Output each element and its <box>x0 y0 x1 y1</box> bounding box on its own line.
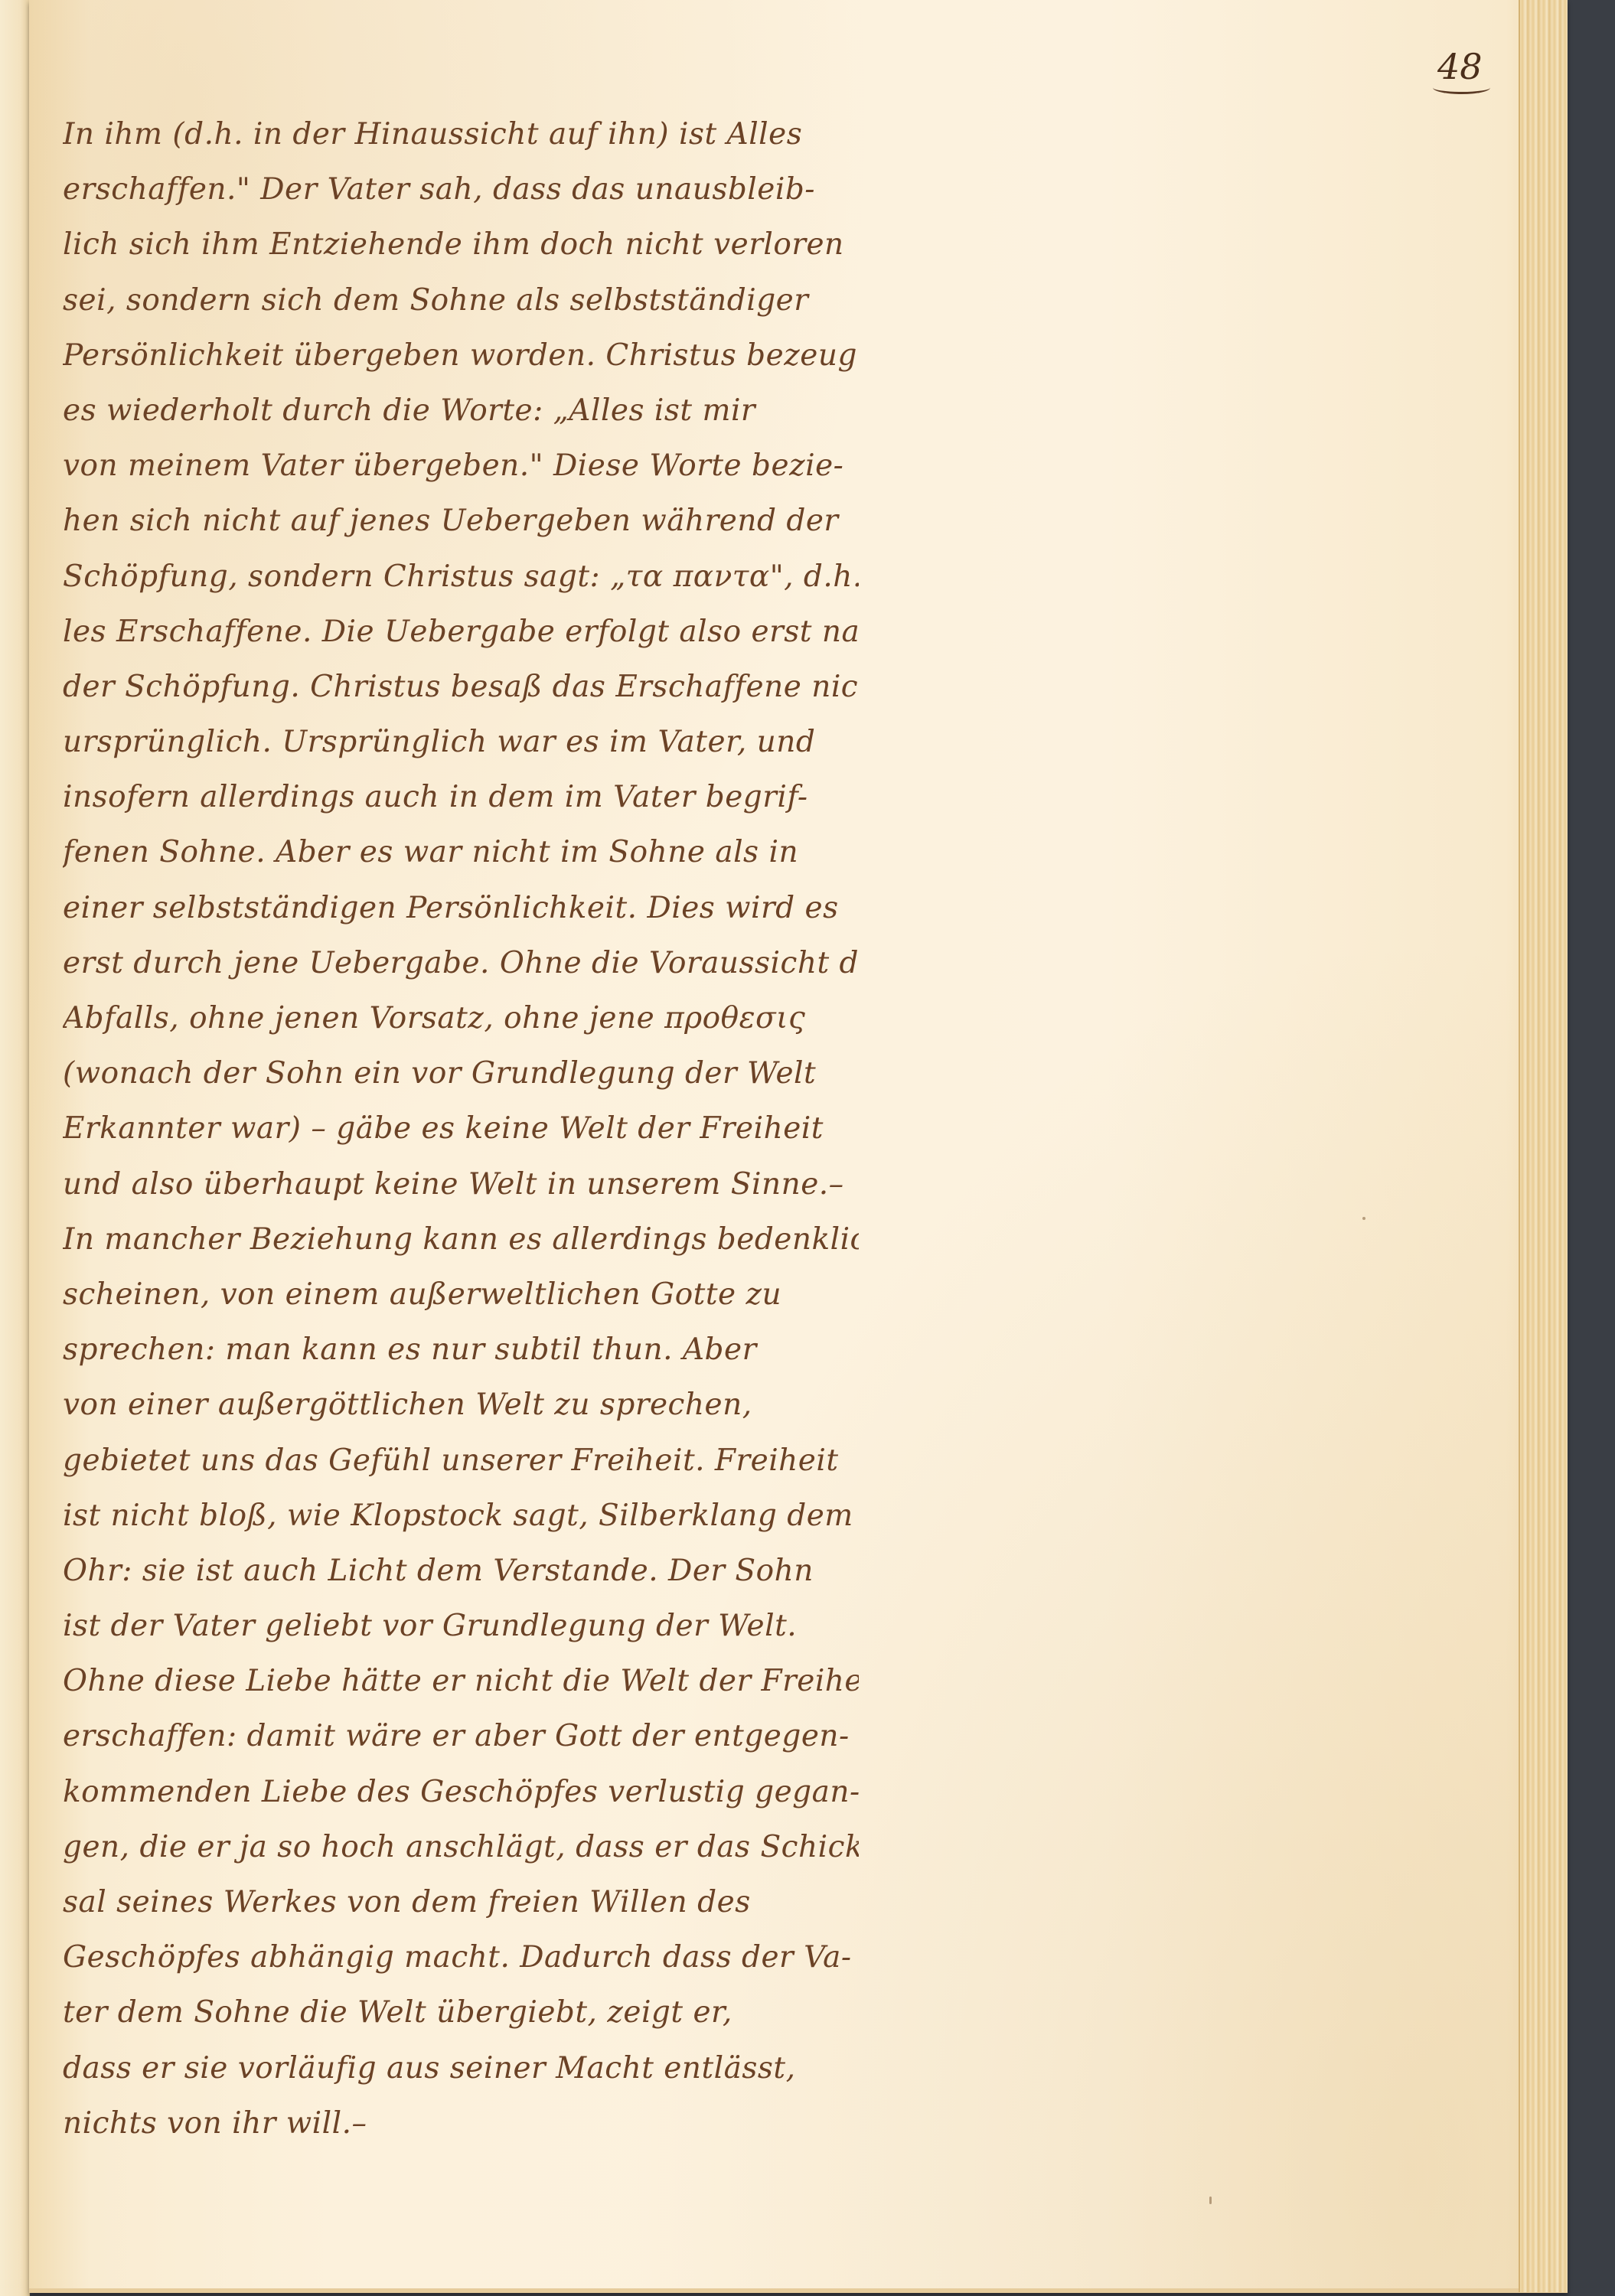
text-line: ursprünglich. Ursprünglich war es im Vat… <box>63 715 859 770</box>
text-line: dass er sie vorläufig aus seiner Macht e… <box>63 2041 859 2096</box>
text-line: erst durch jene Uebergabe. Ohne die Vora… <box>63 936 859 991</box>
text-line: gebietet uns das Gefühl unserer Freiheit… <box>63 1433 859 1489</box>
text-line: Ohne diese Liebe hätte er nicht die Welt… <box>63 1654 859 1709</box>
text-line: Geschöpfes abhängig macht. Dadurch dass … <box>63 1930 859 1985</box>
text-line: ter dem Sohne die Welt übergiebt, zeigt … <box>63 1985 859 2040</box>
text-line: lich sich ihm Entziehende ihm doch nicht… <box>63 217 859 272</box>
handwritten-text-block: In ihm (d.h. in der Hinaussicht auf ihn)… <box>63 107 859 2151</box>
text-line: fenen Sohne. Aber es war nicht im Sohne … <box>63 825 859 880</box>
text-line: hen sich nicht auf jenes Uebergeben währ… <box>63 494 859 549</box>
text-line: (wonach der Sohn ein vor Grundlegung der… <box>63 1046 859 1101</box>
text-line: sei, sondern sich dem Sohne als selbstst… <box>63 273 859 328</box>
text-line: Ohr: sie ist auch Licht dem Verstande. D… <box>63 1544 859 1599</box>
text-line: einer selbstständigen Persönlichkeit. Di… <box>63 881 859 936</box>
text-line: von meinem Vater übergeben." Diese Worte… <box>63 439 859 494</box>
text-line: In ihm (d.h. in der Hinaussicht auf ihn)… <box>63 107 859 162</box>
text-line: ist nicht bloß, wie Klopstock sagt, Silb… <box>63 1489 859 1544</box>
page-number: 48 <box>1437 46 1483 87</box>
ink-speck <box>1209 2197 1212 2204</box>
manuscript-page: 48 In ihm (d.h. in der Hinaussicht auf i… <box>29 0 1568 2293</box>
text-line: sal seines Werkes von dem freien Willen … <box>63 1875 859 1930</box>
text-line: erschaffen." Der Vater sah, dass das una… <box>63 162 859 217</box>
text-line: insofern allerdings auch in dem im Vater… <box>63 770 859 825</box>
text-line: und also überhaupt keine Welt in unserem… <box>63 1157 859 1212</box>
text-line: erschaffen: damit wäre er aber Gott der … <box>63 1709 859 1764</box>
text-line: scheinen, von einem außerweltlichen Gott… <box>63 1267 859 1322</box>
text-line: der Schöpfung. Christus besaß das Erscha… <box>63 660 859 715</box>
text-line: nichts von ihr will.– <box>63 2096 859 2151</box>
text-line: sprechen: man kann es nur subtil thun. A… <box>63 1322 859 1378</box>
text-line: Persönlichkeit übergeben worden. Christu… <box>63 328 859 383</box>
text-line: Erkannter war) – gäbe es keine Welt der … <box>63 1101 859 1156</box>
text-line: Schöpfung, sondern Christus sagt: „τα πα… <box>63 550 859 605</box>
text-line: les Erschaffene. Die Uebergabe erfolgt a… <box>63 605 859 660</box>
text-line: Abfalls, ohne jenen Vorsatz, ohne jene π… <box>63 991 859 1046</box>
facing-page-edge <box>0 0 30 2296</box>
text-line: ist der Vater geliebt vor Grundlegung de… <box>63 1599 859 1654</box>
ink-speck <box>1362 1217 1365 1220</box>
text-line: kommenden Liebe des Geschöpfes verlustig… <box>63 1765 859 1820</box>
page-stack-edges <box>1519 0 1568 2292</box>
text-line: von einer außergöttlichen Welt zu sprech… <box>63 1378 859 1433</box>
text-line: gen, die er ja so hoch anschlägt, dass e… <box>63 1820 859 1875</box>
text-line: In mancher Beziehung kann es allerdings … <box>63 1212 859 1267</box>
text-line: es wiederholt durch die Worte: „Alles is… <box>63 383 859 439</box>
